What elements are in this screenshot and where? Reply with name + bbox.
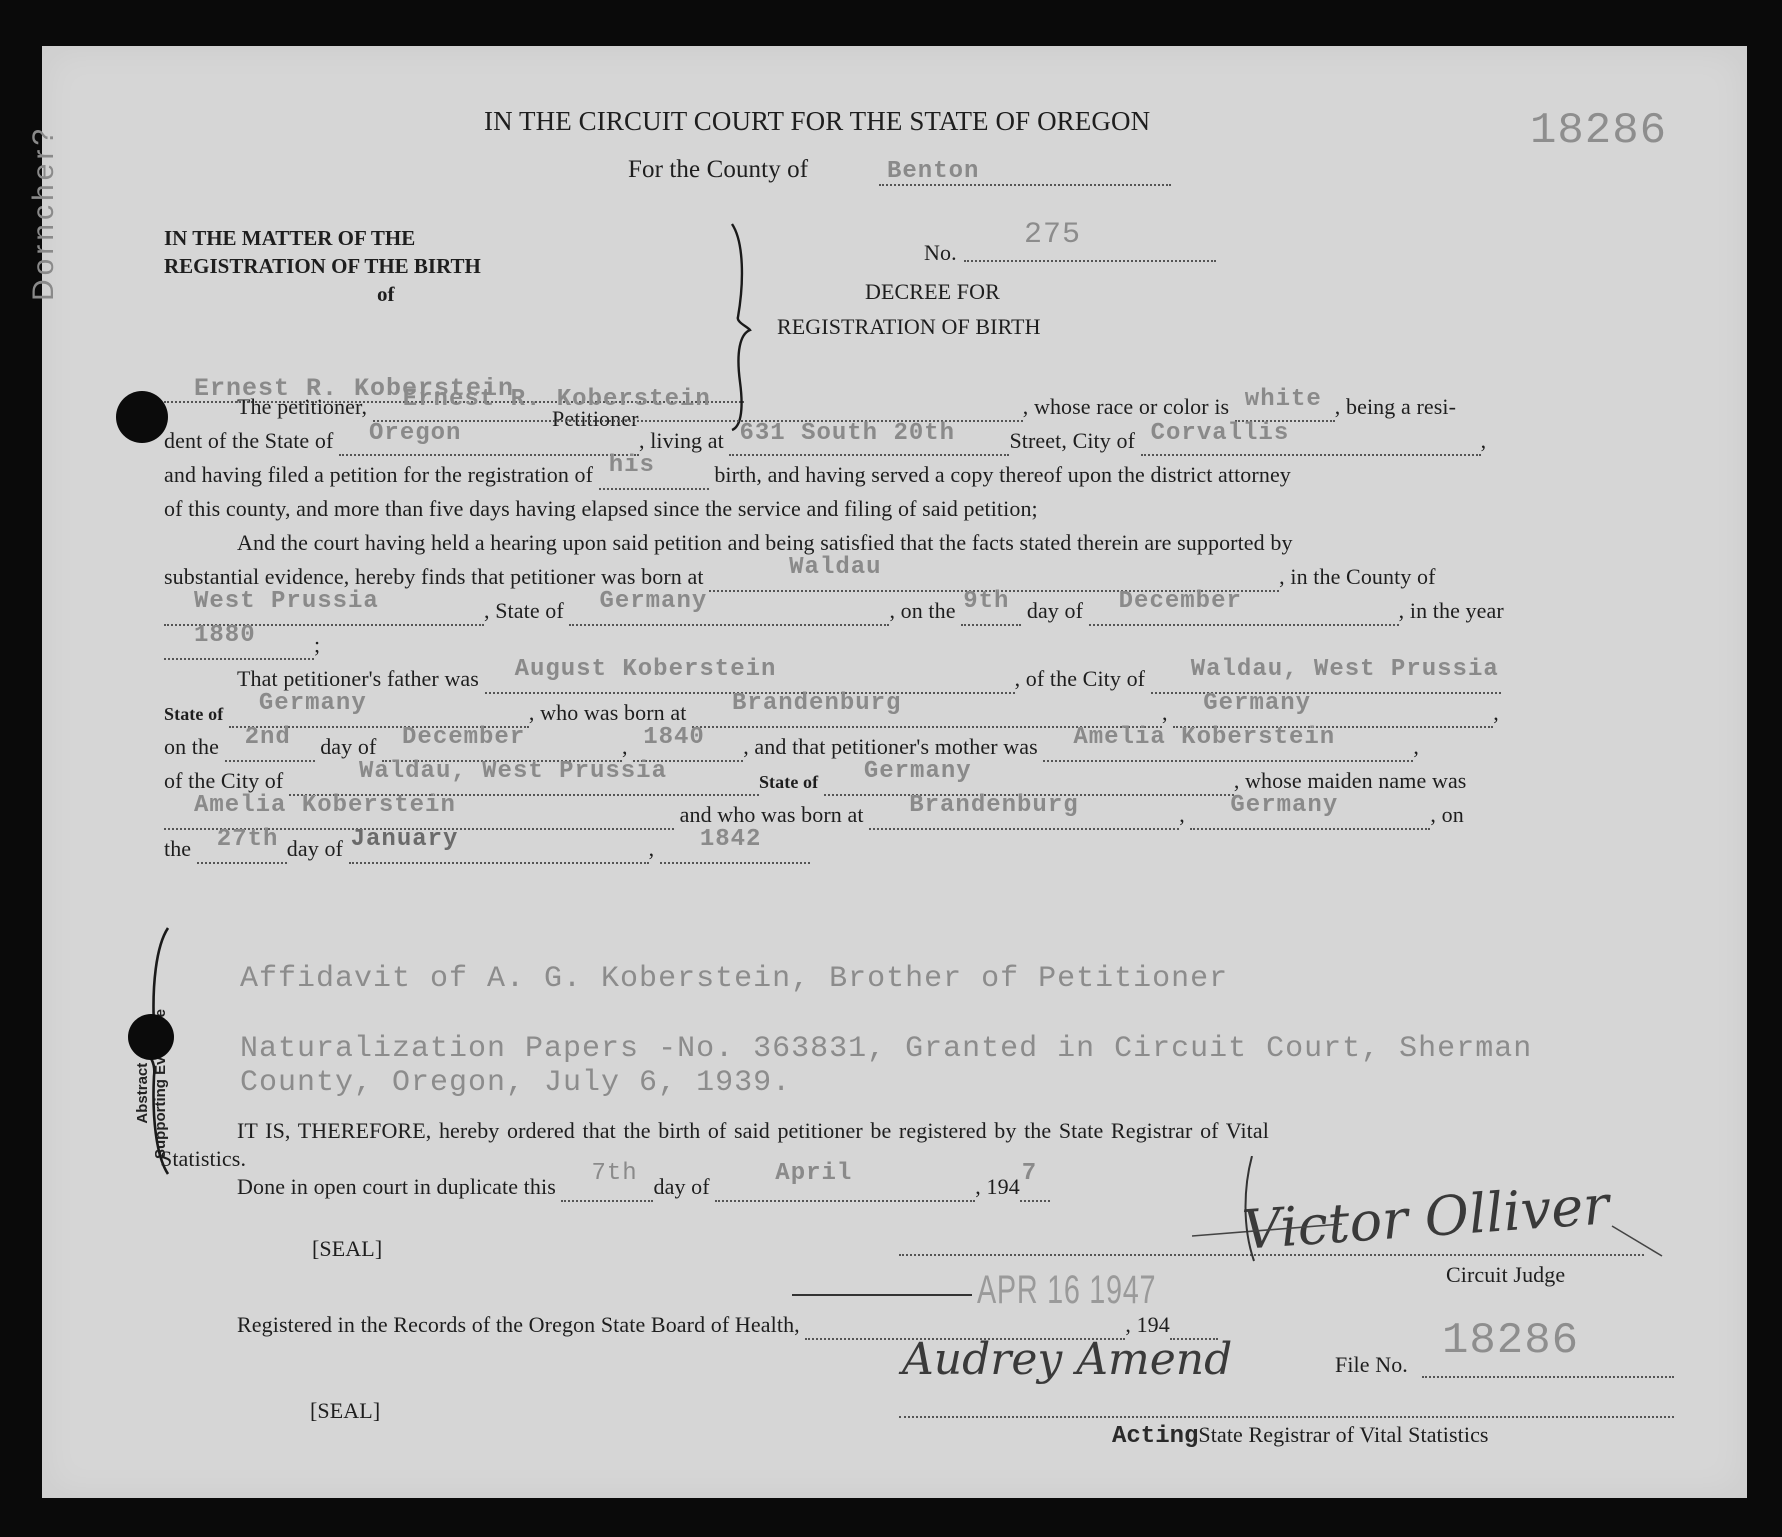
decree-title-1: DECREE FOR xyxy=(865,279,1000,305)
order-line-1: IT IS, THEREFORE, hereby ordered that th… xyxy=(237,1118,1269,1144)
city-field: Corvallis xyxy=(1141,428,1481,456)
city-value: Corvallis xyxy=(1151,420,1290,447)
petitioner-field: Ernest R. Koberstein xyxy=(373,394,1023,422)
father-birthplace-value: Brandenburg xyxy=(732,690,901,717)
p1-line-3: and having filed a petition for the regi… xyxy=(164,462,1291,490)
judge-label: Circuit Judge xyxy=(1446,1262,1565,1288)
text: day of xyxy=(653,1174,709,1199)
text: the xyxy=(164,836,191,861)
text: Registered in the Records of the Oregon … xyxy=(237,1312,800,1337)
mother-city-value: Waldau, West Prussia xyxy=(359,758,667,785)
decree-title-2: REGISTRATION OF BIRTH xyxy=(777,314,1041,340)
race-field: white xyxy=(1235,394,1335,422)
birth-year-value: 1880 xyxy=(194,622,256,649)
received-date-stamp: APR 16 1947 xyxy=(977,1268,1156,1313)
state-value: Oregon xyxy=(369,420,461,447)
order-line-2: Statistics. xyxy=(160,1146,246,1172)
race-value: white xyxy=(1245,386,1322,413)
text: , who was born at xyxy=(529,700,687,725)
maiden-name-value: Amelia Koberstein xyxy=(194,792,456,819)
mother-month-value: January xyxy=(351,826,459,853)
text: and who was born at xyxy=(680,802,864,827)
text: , on xyxy=(1430,802,1463,827)
text: , being a resi- xyxy=(1335,394,1456,419)
p2-line-4: 1880 ; xyxy=(164,632,320,660)
birth-day-value: 9th xyxy=(963,588,1009,615)
margin-note: Dorncher? xyxy=(27,93,61,333)
father-state-value: Germany xyxy=(259,690,367,717)
evidence-line-3: County, Oregon, July 6, 1939. xyxy=(240,1066,791,1100)
pronoun-value: his xyxy=(609,452,655,479)
mother-birthplace-field: Brandenburg xyxy=(869,802,1179,830)
document-page: Dorncher? IN THE CIRCUIT COURT FOR THE S… xyxy=(42,46,1747,1498)
father-day-value: 2nd xyxy=(245,724,291,751)
evidence-line-2: Naturalization Papers -No. 363831, Grant… xyxy=(240,1032,1532,1066)
mother-day-value: 27th xyxy=(217,826,279,853)
text: , whose race or color is xyxy=(1023,394,1229,419)
p3-line-6: the 27th day of January , 1842 xyxy=(164,836,810,864)
text: Done in open court in duplicate this xyxy=(237,1174,556,1199)
p1-line-4: of this county, and more than five days … xyxy=(164,496,1038,522)
father-year-value: 1840 xyxy=(643,724,705,751)
text: , whose maiden name was xyxy=(1234,768,1467,793)
father-value: August Koberstein xyxy=(515,656,777,683)
judge-signature-stroke xyxy=(1192,1156,1672,1266)
file-number-stamp-top: 18286 xyxy=(1530,106,1667,156)
punch-hole-top xyxy=(116,391,168,443)
court-title: IN THE CIRCUIT COURT FOR THE STATE OF OR… xyxy=(484,106,1150,137)
text: on the xyxy=(164,734,219,759)
decree-no-value: 275 xyxy=(1024,218,1081,252)
mother-day-field: 27th xyxy=(197,836,287,864)
text: day of xyxy=(320,734,376,759)
pronoun-field: his xyxy=(599,462,709,490)
father-day-field: 2nd xyxy=(225,734,315,762)
p1-line-2: dent of the State of Oregon , living at … xyxy=(164,428,1486,456)
p3-line-3: on the 2nd day of December , 1840 , and … xyxy=(164,734,1419,762)
file-no-line xyxy=(1422,1376,1674,1378)
seal-2: [SEAL] xyxy=(310,1398,380,1424)
text: and having filed a petition for the regi… xyxy=(164,462,593,487)
address-value: 631 South 20th xyxy=(739,420,955,447)
registrar-signature: Audrey Amend xyxy=(902,1334,1232,1385)
text: , in the year xyxy=(1399,598,1504,623)
punch-hole-bottom xyxy=(128,1014,174,1060)
county-value: Benton xyxy=(887,158,979,185)
address-field: 631 South 20th xyxy=(729,428,1009,456)
acting-label: Acting xyxy=(1112,1423,1198,1450)
file-no-label: File No. xyxy=(1335,1352,1408,1378)
order-year-value: 7 xyxy=(1022,1160,1037,1187)
caption-line-2: REGISTRATION OF THE BIRTH xyxy=(164,254,481,279)
birth-year-field: 1880 xyxy=(164,632,314,660)
mother-birthplace-value: Brandenburg xyxy=(909,792,1078,819)
order-day-value: 7th xyxy=(591,1160,637,1187)
text: , on the xyxy=(889,598,955,623)
birth-month-value: December xyxy=(1119,588,1242,615)
county-label: For the County of xyxy=(628,156,808,184)
seal-1: [SEAL] xyxy=(312,1236,382,1262)
order-line-3: Done in open court in duplicate this 7th… xyxy=(237,1174,1050,1202)
registrar-signature-line xyxy=(899,1416,1674,1418)
text: birth, and having served a copy thereof … xyxy=(714,462,1291,487)
text: , 194 xyxy=(975,1174,1020,1199)
birth-day-field: 9th xyxy=(961,598,1021,626)
order-day-field: 7th xyxy=(561,1174,653,1202)
mother-birth-country-value: Germany xyxy=(1230,792,1338,819)
mother-year-value: 1842 xyxy=(700,826,762,853)
birth-country-value: Germany xyxy=(599,588,707,615)
text: , xyxy=(1481,428,1487,453)
caption-line-1: IN THE MATTER OF THE xyxy=(164,226,415,251)
text: That petitioner's father was xyxy=(237,666,479,691)
order-month-value: April xyxy=(775,1160,852,1187)
father-month-value: December xyxy=(402,724,525,751)
text: , in the County of xyxy=(1279,564,1435,589)
text: , State of xyxy=(484,598,564,623)
text: dent of the State of xyxy=(164,428,333,453)
birth-county-value: West Prussia xyxy=(194,588,379,615)
birth-month-field: December xyxy=(1089,598,1399,626)
registrar-label: State Registrar of Vital Statistics xyxy=(1198,1422,1488,1447)
text: day of xyxy=(287,836,343,861)
mother-birth-country-field: Germany xyxy=(1190,802,1430,830)
text: The petitioner, xyxy=(237,394,367,419)
file-number-stamp: 18286 xyxy=(1442,1316,1579,1366)
p2-line-3: West Prussia , State of Germany , on the… xyxy=(164,598,1504,626)
petitioner-value: Ernest R. Koberstein xyxy=(403,386,711,413)
text: day of xyxy=(1027,598,1083,623)
text: State of xyxy=(759,772,818,792)
p1-line-1: The petitioner, Ernest R. Koberstein , w… xyxy=(237,394,1456,422)
text: Street, City of xyxy=(1009,428,1135,453)
decree-no-line xyxy=(964,260,1216,262)
birth-country-field: Germany xyxy=(569,598,889,626)
text: , and that petitioner's mother was xyxy=(743,734,1038,759)
mother-year-field: 1842 xyxy=(660,836,810,864)
mother-value: Amelia Koberstein xyxy=(1073,724,1335,751)
mother-state-value: Germany xyxy=(864,758,972,785)
p2-line-1: And the court having held a hearing upon… xyxy=(237,530,1293,556)
caption-line-3: of xyxy=(377,282,395,307)
registrar-title: ActingState Registrar of Vital Statistic… xyxy=(1112,1422,1489,1450)
evidence-line-1: Affidavit of A. G. Koberstein, Brother o… xyxy=(240,962,1228,996)
text: substantial evidence, hereby finds that … xyxy=(164,564,704,589)
stamp-rule xyxy=(792,1294,972,1296)
text: State of xyxy=(164,704,223,724)
birthplace-value: Waldau xyxy=(789,554,881,581)
text: , of the City of xyxy=(1015,666,1146,691)
mother-month-field: January xyxy=(349,836,649,864)
text: , living at xyxy=(639,428,724,453)
text: of the City of xyxy=(164,768,283,793)
text: ; xyxy=(314,632,320,657)
order-month-field: April xyxy=(715,1174,975,1202)
state-field: Oregon xyxy=(339,428,639,456)
decree-no-label: No. xyxy=(924,240,957,266)
father-city-value: Waldau, West Prussia xyxy=(1191,656,1499,683)
father-birth-country-value: Germany xyxy=(1203,690,1311,717)
mother-field: Amelia Koberstein xyxy=(1043,734,1413,762)
order-year-field: 7 xyxy=(1020,1174,1050,1202)
